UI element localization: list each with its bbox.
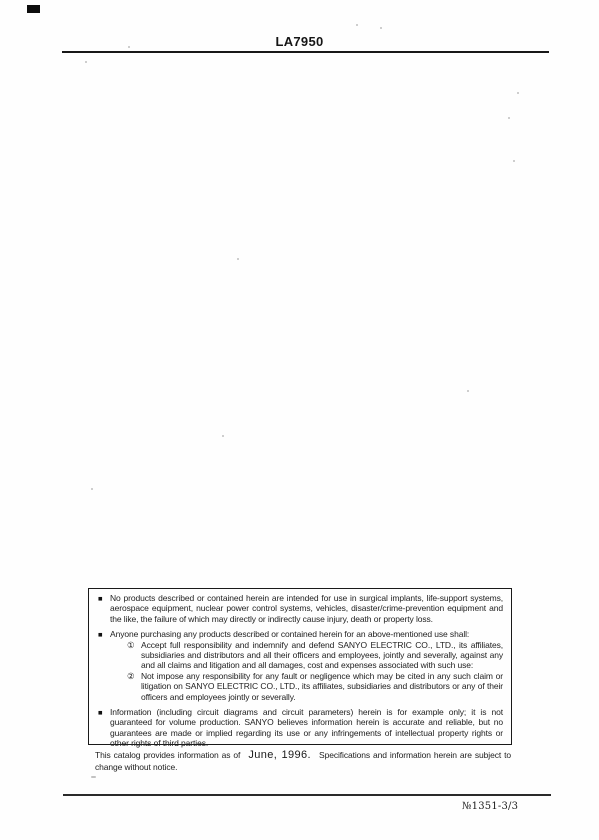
disclaimer-subitem-text: Accept full responsibility and indemnify…	[141, 640, 503, 671]
scan-speck	[517, 92, 519, 94]
page-title: LA7950	[0, 34, 599, 49]
catalog-date: June, 1996.	[248, 749, 311, 761]
catalog-note: This catalog provides information as of …	[95, 750, 511, 773]
disclaimer-subitem-text: Not impose any responsibility for any fa…	[141, 671, 503, 702]
disclaimer-item: ■ Anyone purchasing any products describ…	[98, 629, 503, 702]
scan-artifact	[27, 5, 40, 13]
disclaimer-item: ■ Information (including circuit diagram…	[98, 707, 503, 749]
disclaimer-text: No products described or contained herei…	[110, 593, 503, 624]
disclaimer-item: ■ No products described or contained her…	[98, 593, 503, 624]
catalog-note-prefix: This catalog provides information as of	[95, 750, 240, 760]
scan-speck	[356, 24, 358, 26]
scan-speck	[467, 390, 469, 392]
circled-two-marker: ②	[127, 671, 135, 681]
scan-smudge	[91, 776, 96, 778]
scan-speck	[222, 435, 224, 437]
page-number: №1351-3/3	[462, 801, 518, 812]
datasheet-page: LA7950 ■ No products described or contai…	[0, 0, 599, 840]
footer-rule	[63, 794, 551, 796]
scan-speck	[85, 61, 87, 63]
circled-one-marker: ①	[127, 640, 135, 650]
scan-speck	[508, 117, 510, 119]
disclaimer-subitem: ② Not impose any responsibility for any …	[127, 671, 503, 702]
scan-speck	[237, 258, 239, 260]
disclaimer-subitem: ① Accept full responsibility and indemni…	[127, 640, 503, 671]
square-bullet-icon: ■	[98, 630, 102, 640]
disclaimer-box: ■ No products described or contained her…	[88, 588, 512, 745]
square-bullet-icon: ■	[98, 594, 102, 604]
scan-speck	[91, 488, 93, 490]
scan-speck	[380, 27, 382, 29]
disclaimer-text: Anyone purchasing any products described…	[110, 629, 469, 639]
square-bullet-icon: ■	[98, 708, 102, 718]
disclaimer-sublist: ① Accept full responsibility and indemni…	[127, 640, 503, 702]
scan-speck	[513, 160, 515, 162]
disclaimer-text: Information (including circuit diagrams …	[110, 707, 503, 748]
header-rule	[62, 51, 549, 53]
